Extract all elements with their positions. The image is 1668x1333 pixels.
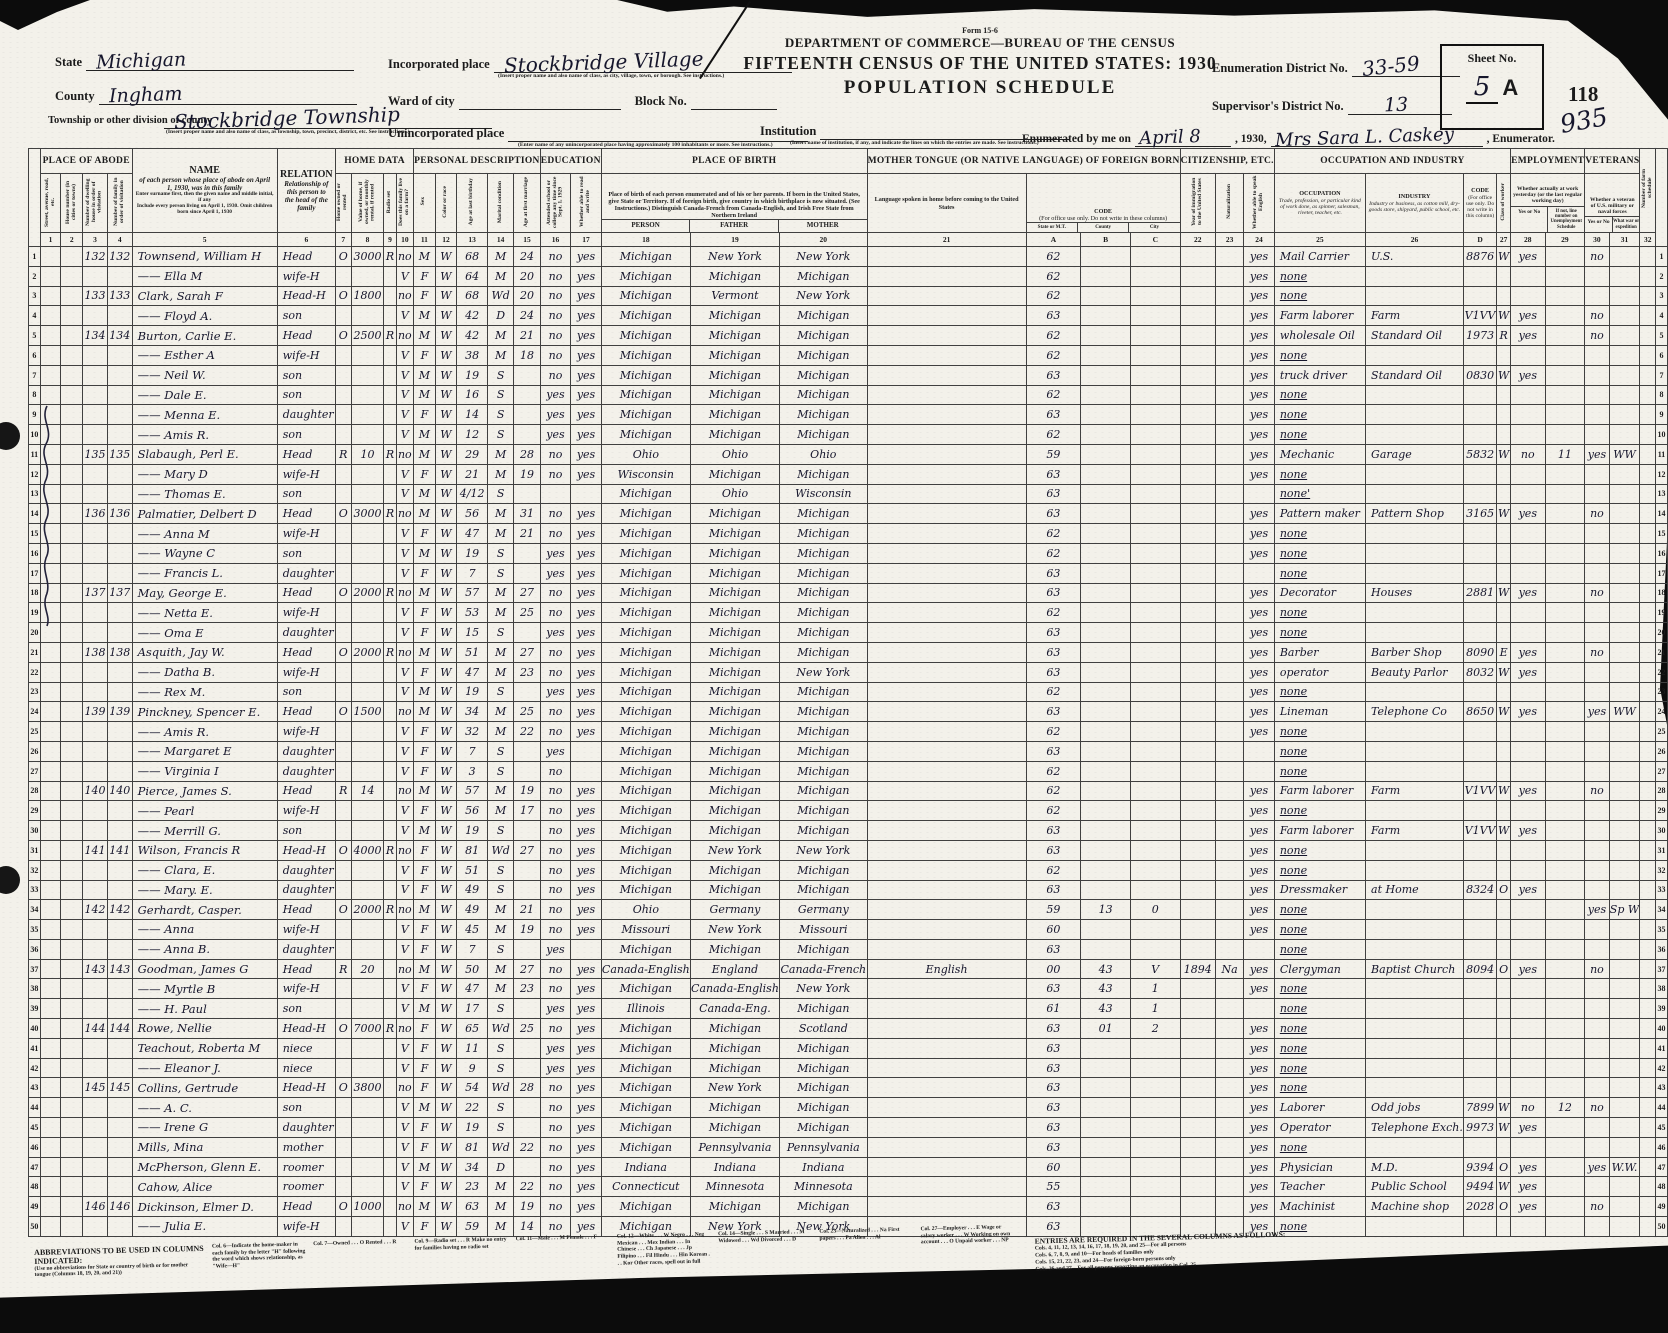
cell-industry: Houses [1366,583,1464,603]
cell-veteran: no [1585,1197,1609,1217]
cell-race: W [435,722,457,742]
cell-read-write: yes [571,365,602,385]
cell-code-c: 1 [1130,979,1180,999]
cell-line-r: 26 [1656,741,1668,761]
cell-line-r: 25 [1656,722,1668,742]
table-row: 22—— Datha B.wife-HVFW47M23noyesMichigan… [29,662,1668,682]
table-row: 40144144Rowe, NellieHead-HO7000RnoFW65Wd… [29,1019,1668,1039]
cell-farm: V [396,979,414,999]
cell-code-a: 63 [1026,1098,1081,1118]
cell-age-married [514,682,540,702]
cell-birth-mother: Michigan [780,761,868,781]
cell-code-c [1130,939,1180,959]
cell-farm: V [396,365,414,385]
cell-code-a: 63 [1026,702,1081,722]
cell-family [107,979,132,999]
cell-naturalization [1215,365,1243,385]
cell-code-a: 63 [1026,662,1081,682]
cell-industry: Farm [1366,306,1464,326]
cell-occ-code: 2028 [1463,1197,1496,1217]
cell-code-b [1081,1078,1131,1098]
cell-occupation: Barber [1274,642,1365,662]
cell-language [867,702,1026,722]
column-number-29: 29 [1545,233,1585,247]
cell-marital: S [487,563,513,583]
cell-line: 29 [29,801,41,821]
cell-occ-code [1463,345,1496,365]
cell-school: no [540,247,571,267]
cell-age: 34 [457,702,488,722]
cell-street [40,1078,60,1098]
cell-birth-mother: Michigan [780,405,868,425]
cell-street [40,860,60,880]
cell-veteran [1585,603,1609,623]
cell-value [351,979,384,999]
cell-naturalization [1215,425,1243,445]
cell-house [61,484,83,504]
cell-war [1609,781,1640,801]
cell-family [107,722,132,742]
cell-code-c [1130,702,1180,722]
cell-age-married: 19 [514,464,540,484]
cell-code-a: 61 [1026,999,1081,1019]
cell-war [1609,741,1640,761]
col-birthplace-person: PERSON [602,220,691,232]
cell-race: W [435,1098,457,1118]
cell-industry: Standard Oil [1366,365,1464,385]
cell-owned [335,939,351,959]
cell-age: 12 [457,425,488,445]
cell-age-married: 19 [514,1197,540,1217]
cell-language [867,405,1026,425]
cell-farm: V [396,722,414,742]
cell-industry [1366,900,1464,920]
cell-worked [1511,1058,1545,1078]
cell-marital: M [487,722,513,742]
cell-birth-father: Michigan [690,405,779,425]
cell-birth-father: New York [690,840,779,860]
group-place-of-abode: PLACE OF ABODE [40,149,132,174]
cell-radio [384,722,396,742]
cell-marital: M [487,345,513,365]
cell-birth-father: Michigan [690,385,779,405]
cell-value: 10 [351,444,384,464]
cell-unemp-line [1545,306,1585,326]
table-row: 26—— Margaret EdaughterVFW7SyesMichiganM… [29,741,1668,761]
cell-code-a: 62 [1026,266,1081,286]
cell-read-write [571,741,602,761]
table-row: 6—— Esther Awife-HVFW38M18noyesMichiganM… [29,345,1668,365]
cell-naturalization [1215,920,1243,940]
col-veteran: Yes or No [1585,217,1613,232]
cell-industry [1366,1019,1464,1039]
cell-name: Pierce, James S. [132,781,277,801]
cell-war [1609,880,1640,900]
cell-immigration [1180,247,1215,267]
code-columns: CODE(For office use only. Do not write i… [1026,174,1180,233]
form-titles: Form 15-6 DEPARTMENT OF COMMERCE—BUREAU … [690,26,1270,99]
column-number-16: 16 [540,233,571,247]
cell-code-b [1081,583,1131,603]
cell-dwelling: 141 [83,840,108,860]
cell-worked [1511,405,1545,425]
cell-sex: M [414,959,436,979]
cell-line-r: 33 [1656,880,1668,900]
cell-code-b: 43 [1081,959,1131,979]
cell-code-c [1130,1078,1180,1098]
cell-english: yes [1244,1118,1275,1138]
state-field: State Michigan [55,48,354,71]
cell-unemp-line [1545,543,1585,563]
cell-family [107,821,132,841]
cell-owned [335,425,351,445]
cell-house [61,702,83,722]
cell-line-r: 32 [1656,860,1668,880]
cell-farm-sched [1640,444,1656,464]
cell-naturalization [1215,1058,1243,1078]
column-number-14: 14 [487,233,513,247]
cell-age-married [514,425,540,445]
table-row: 11135135Slabaugh, Perl E.HeadR10RnoMW29M… [29,444,1668,464]
cell-occupation: none [1274,345,1365,365]
cell-code-b [1081,722,1131,742]
cell-war: W.W. [1609,1157,1640,1177]
cell-occ-code: 2881 [1463,583,1496,603]
cell-english [1244,563,1275,583]
cell-radio: R [384,1019,396,1039]
cell-language [867,425,1026,445]
cell-english: yes [1244,1078,1275,1098]
cell-veteran: no [1585,642,1609,662]
cell-farm: V [396,623,414,643]
cell-code-a: 63 [1026,741,1081,761]
cell-name: —— Neil W. [132,365,277,385]
cell-industry [1366,999,1464,1019]
cell-occ-code: V1VV [1463,821,1496,841]
cell-class [1497,345,1511,365]
column-number-9: 9 [384,233,396,247]
cell-value [351,464,384,484]
cell-radio [384,543,396,563]
cell-read-write: yes [571,860,602,880]
table-row: 29—— Pearlwife-HVFW56M17noyesMichiganMic… [29,801,1668,821]
cell-occ-code: 8324 [1463,880,1496,900]
cell-veteran: yes [1585,1157,1609,1177]
cell-birth-mother: New York [780,662,868,682]
cell-school: no [540,464,571,484]
cell-street [40,821,60,841]
cell-school: no [540,642,571,662]
cell-street [40,1197,60,1217]
cell-birth-mother: Michigan [780,1058,868,1078]
cell-occ-code [1463,761,1496,781]
cell-radio [384,1157,396,1177]
cell-naturalization [1215,741,1243,761]
cell-house [61,1137,83,1157]
cell-english: yes [1244,425,1275,445]
cell-class [1497,603,1511,623]
cell-class [1497,484,1511,504]
col-school: Attended school or college any time sinc… [540,174,571,233]
group-veterans: VETERANS [1585,149,1640,174]
cell-farm-sched [1640,504,1656,524]
cell-line-r: 47 [1656,1157,1668,1177]
cell-owned [335,266,351,286]
cell-race: W [435,880,457,900]
cell-radio: R [384,247,396,267]
cell-race: W [435,365,457,385]
cell-read-write: yes [571,920,602,940]
cell-veteran [1585,662,1609,682]
cell-marital: S [487,425,513,445]
cell-worked [1511,1137,1545,1157]
cell-birth-father: Michigan [690,306,779,326]
cell-marital: M [487,603,513,623]
cell-worked: yes [1511,247,1545,267]
cell-occupation: Farm laborer [1274,306,1365,326]
cell-occupation: none [1274,860,1365,880]
cell-unemp-line [1545,1038,1585,1058]
cell-war [1609,939,1640,959]
cell-unemp-line: 12 [1545,1098,1585,1118]
cell-dwelling [83,860,108,880]
cell-unemp-line [1545,741,1585,761]
cell-name: Goodman, James G [132,959,277,979]
cell-worked: yes [1511,1177,1545,1197]
cell-marital: S [487,880,513,900]
cell-radio [384,1078,396,1098]
cell-school: yes [540,741,571,761]
cell-school: yes [540,563,571,583]
cell-relation: son [277,821,335,841]
cell-birth-father: Michigan [690,583,779,603]
cell-code-c [1130,1038,1180,1058]
cell-farm-sched [1640,1078,1656,1098]
cell-birth-father: Michigan [690,722,779,742]
cell-age: 81 [457,840,488,860]
table-row: 9—— Menna E.daughterVFW14SyesyesMichigan… [29,405,1668,425]
cell-code-a: 62 [1026,801,1081,821]
cell-house [61,761,83,781]
institution-label: Institution [760,124,816,138]
cell-code-a: 63 [1026,1118,1081,1138]
cell-school: no [540,821,571,841]
cell-occ-code [1463,603,1496,623]
cell-veteran [1585,1058,1609,1078]
cell-birth-person: Michigan [601,682,690,702]
cell-language [867,484,1026,504]
cell-code-b [1081,464,1131,484]
cell-age: 34 [457,1157,488,1177]
cell-family [107,1118,132,1138]
cell-house [61,623,83,643]
cell-worked [1511,682,1545,702]
cell-veteran [1585,405,1609,425]
cell-farm: V [396,1137,414,1157]
column-number-30: 30 [1585,233,1609,247]
cell-naturalization [1215,722,1243,742]
cell-english: yes [1244,840,1275,860]
cell-street [40,266,60,286]
cell-industry [1366,1058,1464,1078]
cell-birth-father: Michigan [690,1019,779,1039]
cell-immigration [1180,781,1215,801]
cell-race: W [435,821,457,841]
cell-veteran [1585,741,1609,761]
cell-worked [1511,999,1545,1019]
cell-relation: Head [277,642,335,662]
cell-race: W [435,484,457,504]
cell-value [351,563,384,583]
cell-read-write: yes [571,880,602,900]
cell-code-a: 62 [1026,286,1081,306]
cell-relation: Head [277,900,335,920]
cell-language [867,266,1026,286]
cell-industry: U.S. [1366,247,1464,267]
cell-relation: daughter [277,623,335,643]
cell-code-c [1130,761,1180,781]
cell-dwelling [83,1177,108,1197]
cell-race: W [435,563,457,583]
cell-relation: son [277,484,335,504]
cell-read-write: yes [571,662,602,682]
cell-farm-sched [1640,1197,1656,1217]
cell-street [40,880,60,900]
cell-age-married [514,761,540,781]
cell-family [107,623,132,643]
cell-birth-father: Michigan [690,464,779,484]
cell-family [107,999,132,1019]
cell-family [107,306,132,326]
cell-language [867,583,1026,603]
cell-war [1609,306,1640,326]
cell-age-married [514,1098,540,1118]
cell-name: —— Datha B. [132,662,277,682]
cell-name: —— Menna E. [132,405,277,425]
cell-radio [384,741,396,761]
cell-sex: M [414,821,436,841]
table-row: 5134134Burton, Carlie E.HeadO2500RnoMW42… [29,326,1668,346]
cell-dwelling: 132 [83,247,108,267]
cell-birth-mother: Michigan [780,781,868,801]
cell-birth-father: Michigan [690,682,779,702]
cell-english: yes [1244,603,1275,623]
cell-birth-father: Michigan [690,504,779,524]
cell-owned [335,1217,351,1237]
cell-code-a: 00 [1026,959,1081,979]
cell-farm: V [396,1118,414,1138]
cell-naturalization [1215,1197,1243,1217]
cell-farm-sched [1640,920,1656,940]
cell-worked: yes [1511,702,1545,722]
cell-code-b [1081,840,1131,860]
cell-age-married: 27 [514,840,540,860]
cell-english: yes [1244,979,1275,999]
cell-value [351,722,384,742]
cell-owned [335,345,351,365]
sheet-number-label: Sheet No. [1442,51,1542,66]
cell-relation: Head [277,326,335,346]
cell-age: 81 [457,1137,488,1157]
cell-war [1609,524,1640,544]
cell-radio [384,385,396,405]
cell-read-write: yes [571,306,602,326]
cell-birth-father: Michigan [690,860,779,880]
cell-radio [384,464,396,484]
cell-worked [1511,860,1545,880]
cell-name: —— Rex M. [132,682,277,702]
cell-birth-mother: Michigan [780,563,868,583]
cell-line-r: 31 [1656,840,1668,860]
cell-street [40,1038,60,1058]
enumerated-label: Enumerated by me on [1022,133,1131,145]
cell-code-c [1130,286,1180,306]
cell-radio: R [384,642,396,662]
cell-immigration [1180,603,1215,623]
cell-age: 15 [457,623,488,643]
cell-code-c [1130,722,1180,742]
cell-immigration [1180,1197,1215,1217]
cell-read-write: yes [571,326,602,346]
cell-industry [1366,1078,1464,1098]
cell-occupation: Farm laborer [1274,781,1365,801]
cell-age-married: 22 [514,1137,540,1157]
cell-name: Pinckney, Spencer E. [132,702,277,722]
cell-code-a: 63 [1026,840,1081,860]
cell-worked [1511,385,1545,405]
cell-read-write [571,484,602,504]
cell-street [40,741,60,761]
cell-value [351,920,384,940]
cell-line-r: 27 [1656,761,1668,781]
column-number-32: 32 [1640,233,1656,247]
cell-street [40,1177,60,1197]
cell-unemp-line [1545,326,1585,346]
cell-family [107,524,132,544]
cell-naturalization [1215,1098,1243,1118]
cell-line-r: 35 [1656,920,1668,940]
cell-birth-person: Michigan [601,345,690,365]
cell-owned [335,662,351,682]
cell-dwelling: 142 [83,900,108,920]
cell-age-married [514,939,540,959]
cell-street [40,247,60,267]
cell-code-a: 60 [1026,1157,1081,1177]
cell-house [61,306,83,326]
cell-house [61,444,83,464]
cell-family: 137 [107,583,132,603]
cell-owned [335,860,351,880]
cell-birth-person: Michigan [601,1078,690,1098]
cell-birth-person: Michigan [601,524,690,544]
cell-worked: yes [1511,504,1545,524]
cell-age-married: 19 [514,920,540,940]
cell-unemp-line [1545,840,1585,860]
cell-naturalization [1215,583,1243,603]
cell-race: W [435,920,457,940]
cell-school: no [540,266,571,286]
cell-marital: S [487,543,513,563]
cell-read-write: yes [571,642,602,662]
cell-occ-code [1463,939,1496,959]
cell-read-write: yes [571,959,602,979]
cell-line-r: 28 [1656,781,1668,801]
cell-sex: F [414,761,436,781]
cell-code-c [1130,345,1180,365]
cell-war [1609,623,1640,643]
cell-value [351,1217,384,1237]
enumeration-district-label: Enumeration District No. [1212,61,1348,75]
